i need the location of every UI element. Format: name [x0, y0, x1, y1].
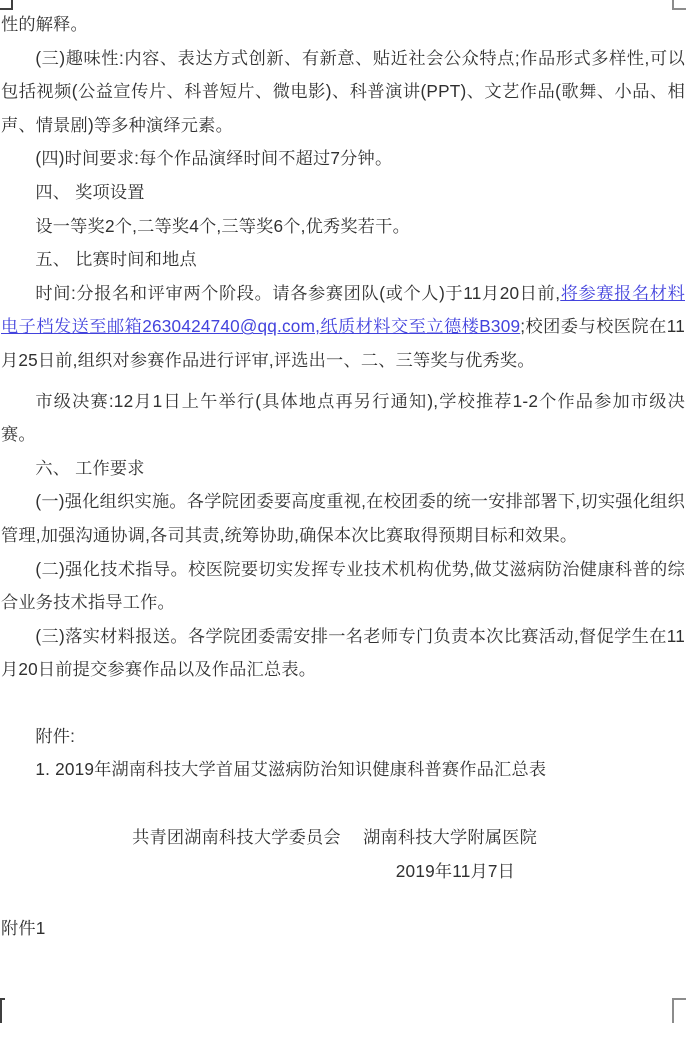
paragraph-work-item-1: (一)强化组织实施。各学院团委要高度重视,在校团委的统一安排部署下,切实强化组织…: [1, 485, 685, 552]
paragraph-schedule: 时间:分报名和评审两个阶段。请各参赛团队(或个人)于11月20日前,将参赛报名材…: [1, 277, 685, 378]
paragraph-carryover: 性的解释。: [1, 8, 685, 42]
schedule-text-before-link: 时间:分报名和评审两个阶段。请各参赛团队(或个人)于11月20日前,: [35, 283, 560, 303]
heading-schedule: 五、 比赛时间和地点: [1, 243, 685, 277]
signature-organizations: 共青团湖南科技大学委员会 湖南科技大学附属医院: [1, 821, 685, 855]
attachment-label: 附件:: [1, 720, 685, 754]
paragraph-city-final: 市级决赛:12月1日上午举行(具体地点再另行通知),学校推荐1-2个作品参加市级…: [1, 385, 685, 452]
document-body: 性的解释。 (三)趣味性:内容、表达方式创新、有新意、贴近社会公众特点;作品形式…: [0, 8, 686, 946]
paragraph-time-requirement: (四)时间要求:每个作品演绎时间不超过7分钟。: [1, 142, 685, 176]
paragraph-work-item-2: (二)强化技术指导。校医院要切实发挥专业技术机构优势,做艾滋病防治健康科普的综合…: [1, 553, 685, 620]
heading-work-requirements: 六、 工作要求: [1, 452, 685, 486]
document-page: 性的解释。 (三)趣味性:内容、表达方式创新、有新意、贴近社会公众特点;作品形式…: [0, 0, 686, 1038]
text-boundary-mark-bottom-left: [0, 998, 5, 1023]
paragraph-awards: 设一等奖2个,二等奖4个,三等奖6个,优秀奖若干。: [1, 210, 685, 244]
attachment-item: 1. 2019年湖南科技大学首届艾滋病防治知识健康科普赛作品汇总表: [1, 753, 685, 787]
signature-date: 2019年11月7日: [1, 855, 685, 889]
text-boundary-mark-bottom-right: [672, 998, 686, 1023]
paragraph-interest: (三)趣味性:内容、表达方式创新、有新意、贴近社会公众特点;作品形式多样性,可以…: [1, 42, 685, 143]
heading-awards: 四、 奖项设置: [1, 176, 685, 210]
paragraph-work-item-3: (三)落实材料报送。各学院团委需安排一名老师专门负责本次比赛活动,督促学生在11…: [1, 620, 685, 687]
attachment-1-label: 附件1: [1, 912, 685, 946]
